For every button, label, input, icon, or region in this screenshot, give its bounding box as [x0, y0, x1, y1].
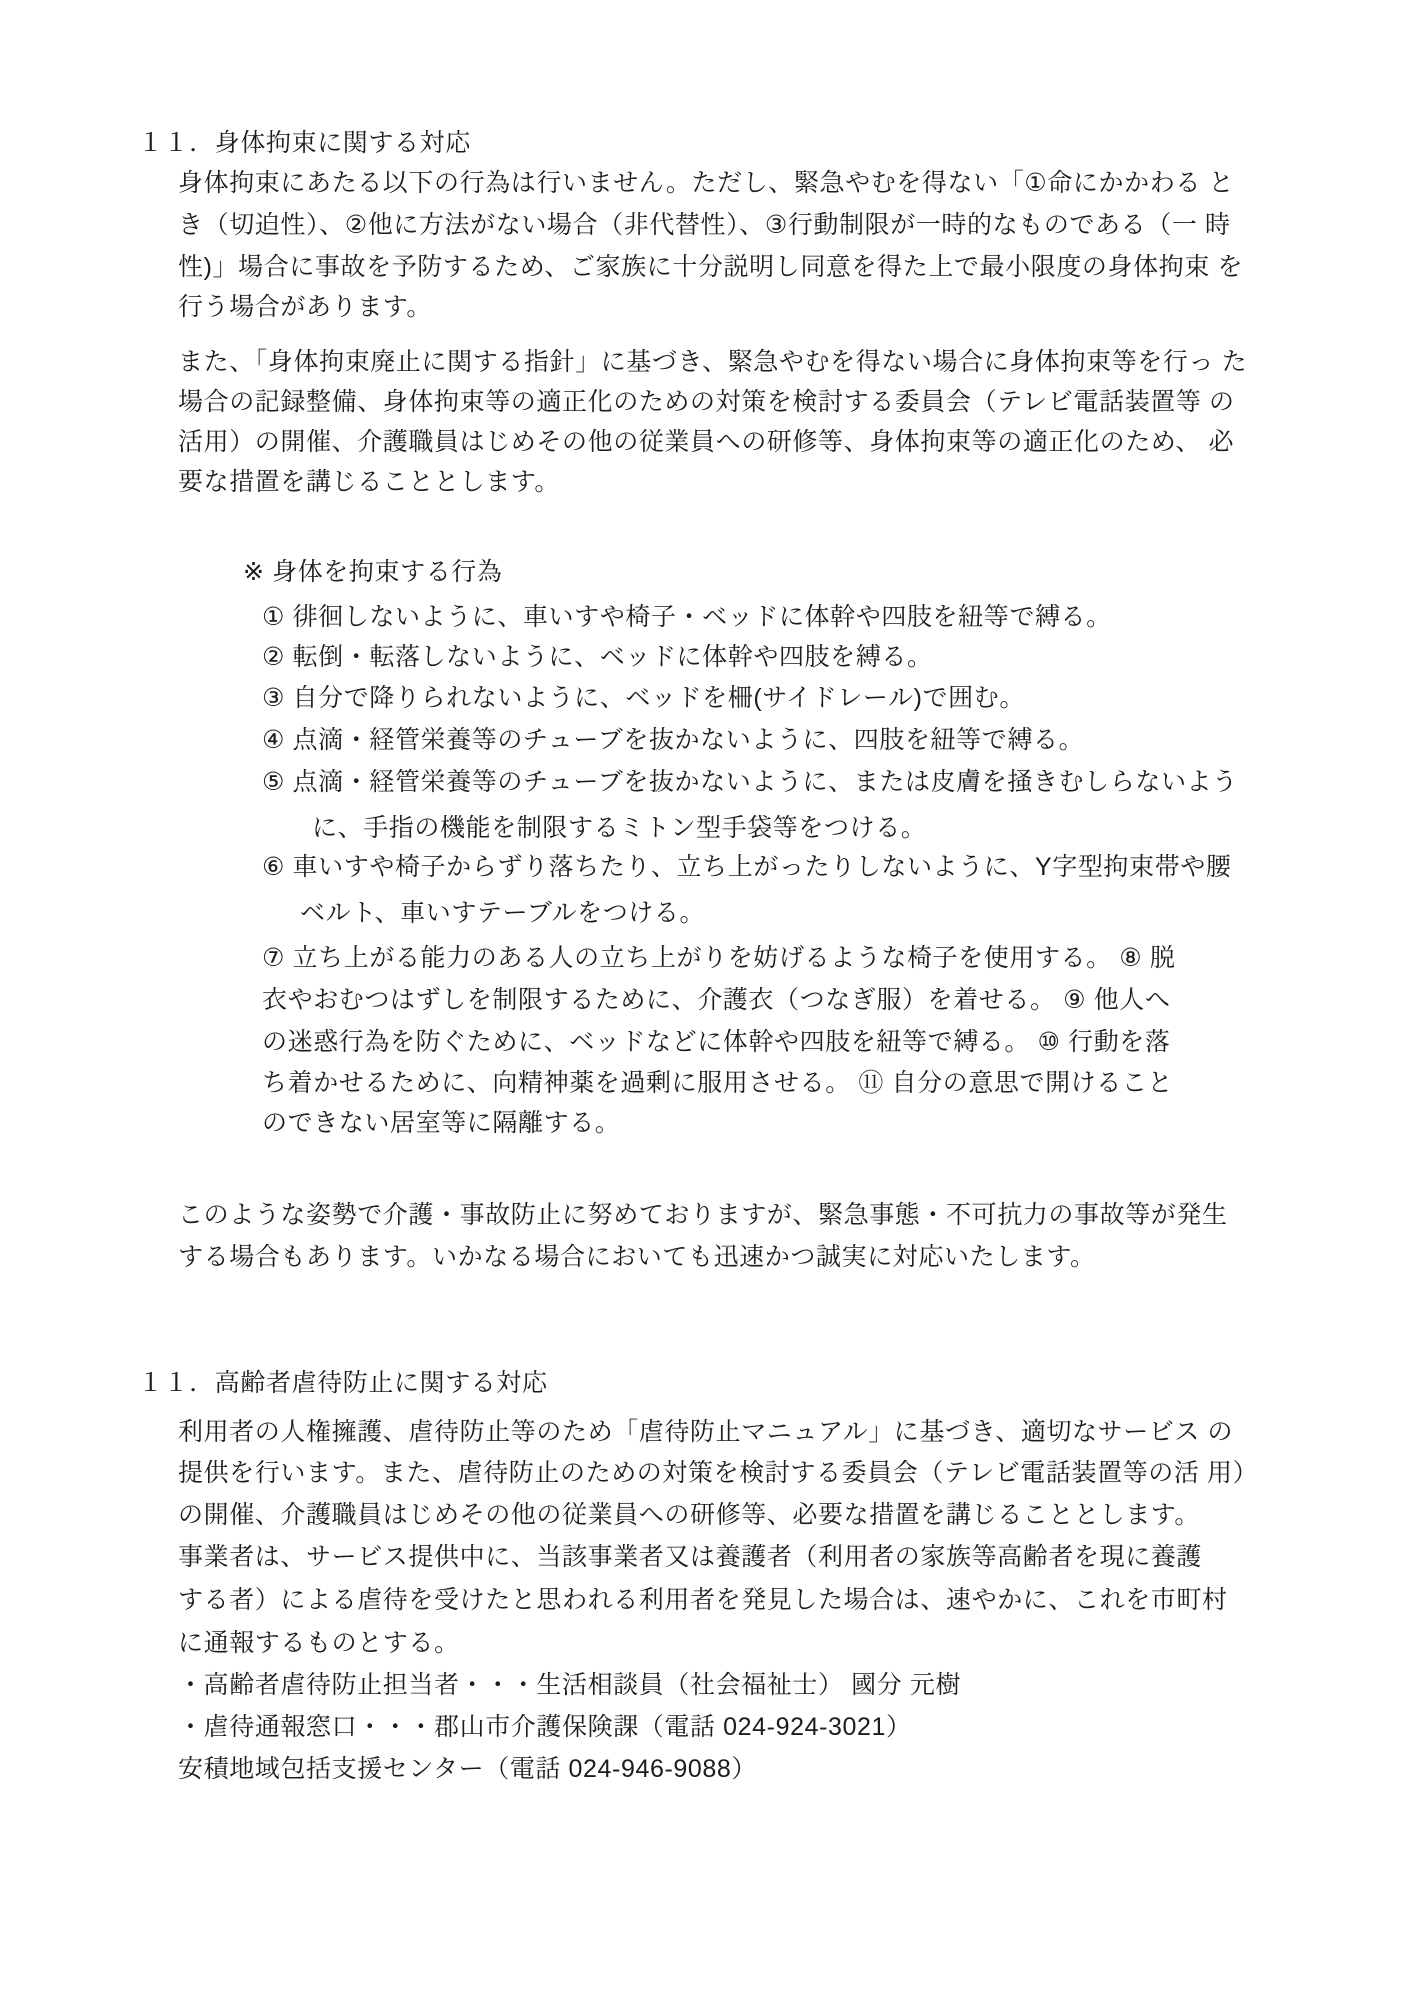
- restraint-act-item: ④ 点滴・経管栄養等のチューブを抜かないように、四肢を紐等で縛る。: [262, 725, 1084, 756]
- abuse-report-contact-line: ・虐待通報窓口・・・郡山市介護保険課（電話 024-924-3021）: [178, 1712, 912, 1743]
- restraint-act-item: のできない居室等に隔離する。: [262, 1108, 620, 1139]
- restraint-act-item: 衣やおむつはずしを制限するために、介護衣（つなぎ服）を着せる。 ⑨ 他人へ: [262, 985, 1171, 1016]
- section-1-paragraph-1-line: 性)」場合に事故を予防するため、ご家族に十分説明し同意を得た上で最小限度の身体拘…: [178, 252, 1243, 283]
- restraint-act-item: ① 徘徊しないように、車いすや椅子・ベッドに体幹や四肢を紐等で縛る。: [262, 602, 1112, 633]
- restraint-acts-label: ※ 身体を拘束する行為: [243, 557, 503, 588]
- section-2-paragraph-line: 利用者の人権擁護、虐待防止等のため「虐待防止マニュアル」に基づき、適切なサービス…: [178, 1417, 1233, 1448]
- section-1-paragraph-2-line: 場合の記録整備、身体拘束等の適正化のための対策を検討する委員会（テレビ電話装置等…: [178, 387, 1235, 418]
- document-page: １１．身体拘束に関する対応 身体拘束にあたる以下の行為は行いません。ただし、緊急…: [0, 0, 1414, 2000]
- section-1-title: １１．身体拘束に関する対応: [138, 128, 471, 159]
- section-2-paragraph-line: に通報するものとする。: [178, 1628, 460, 1659]
- section-1-paragraph-1-line: 身体拘束にあたる以下の行為は行いません。ただし、緊急やむを得ない「①命にかかわる…: [178, 168, 1234, 199]
- restraint-act-item: の迷惑行為を防ぐために、ベッドなどに体幹や四肢を紐等で縛る。 ⑩ 行動を落: [262, 1027, 1171, 1058]
- section-1-closing-line: このような姿勢で介護・事故防止に努めておりますが、緊急事態・不可抗力の事故等が発…: [178, 1200, 1228, 1231]
- section-1-paragraph-2-line: 活用）の開催、介護職員はじめその他の従業員への研修等、身体拘束等の適正化のため、…: [178, 427, 1234, 458]
- section-1-paragraph-2-line: また、「身体拘束廃止に関する指針」に基づき、緊急やむを得ない場合に身体拘束等を行…: [178, 347, 1247, 378]
- section-1-closing-line: する場合もあります。いかなる場合においても迅速かつ誠実に対応いたします。: [178, 1242, 1096, 1273]
- restraint-act-item: ⑦ 立ち上がる能力のある人の立ち上がりを妨げるような椅子を使用する。 ⑧ 脱: [262, 943, 1175, 974]
- restraint-act-item: ③ 自分で降りられないように、ベッドを柵(サイドレール)で囲む。: [262, 683, 1025, 714]
- section-2-paragraph-line: 事業者は、サービス提供中に、当該事業者又は養護者（利用者の家族等高齢者を現に養護: [178, 1542, 1202, 1573]
- restraint-act-item-continuation: に、手指の機能を制限するミトン型手袋等をつける。: [312, 813, 926, 844]
- abuse-prevention-contact-line: ・高齢者虐待防止担当者・・・生活相談員（社会福祉士） 國分 元樹: [178, 1670, 961, 1701]
- restraint-act-item: ⑤ 点滴・経管栄養等のチューブを抜かないように、または皮膚を掻きむしらないよう: [262, 767, 1238, 798]
- restraint-act-item: ち着かせるために、向精神薬を過剰に服用させる。 ⑪ 自分の意思で開けること: [262, 1068, 1173, 1099]
- section-1-paragraph-1-line: 行う場合があります。: [178, 292, 432, 323]
- section-2-title: １１．高齢者虐待防止に関する対応: [138, 1368, 548, 1399]
- restraint-act-item: ⑥ 車いすや椅子からずり落ちたり、立ち上がったりしないように、Y字型拘束帯や腰: [262, 852, 1231, 883]
- support-center-contact-line: 安積地域包括支援センター（電話 024-946-9088）: [178, 1754, 757, 1785]
- restraint-act-item: ② 転倒・転落しないように、ベッドに体幹や四肢を縛る。: [262, 642, 933, 673]
- section-2-paragraph-line: する者）による虐待を受けたと思われる利用者を発見した場合は、速やかに、これを市町…: [178, 1585, 1228, 1616]
- restraint-act-item-continuation: ベルト、車いすテーブルをつける。: [300, 898, 705, 929]
- section-1-paragraph-1-line: き（切迫性）、②他に方法がない場合（非代替性）、③行動制限が一時的なものである（…: [178, 210, 1231, 241]
- section-1-paragraph-2-line: 要な措置を講じることとします。: [178, 467, 560, 498]
- section-2-paragraph-line: の開催、介護職員はじめその他の従業員への研修等、必要な措置を講じることとします。: [178, 1500, 1200, 1531]
- section-2-paragraph-line: 提供を行います。また、虐待防止のための対策を検討する委員会（テレビ電話装置等の活…: [178, 1458, 1258, 1489]
